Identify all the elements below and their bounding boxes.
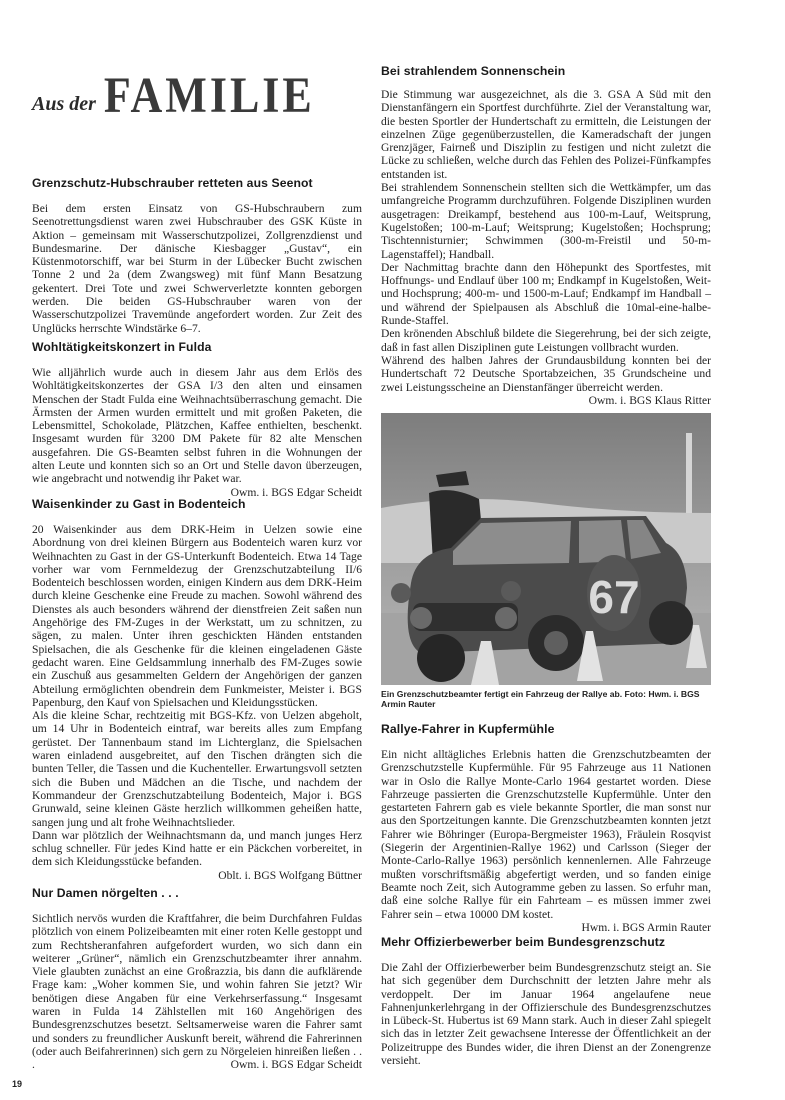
article-nur-damen: Nur Damen nörgelten . . . Sichtlich nerv…: [32, 886, 362, 1072]
article-title: Wohltätigkeitskonzert in Fulda: [32, 340, 362, 354]
masthead-prefix: Aus der: [32, 93, 96, 116]
article-title: Mehr Offizierbewerber beim Bundesgrenzsc…: [381, 935, 711, 949]
article-paragraph: Der Nachmittag brachte dann den Höhepunk…: [381, 261, 711, 327]
article-paragraph: Bei strahlendem Sonnenschein stellten si…: [381, 181, 711, 261]
article-signature: Owm. i. BGS Klaus Ritter: [381, 394, 711, 407]
article-title: Grenzschutz-Hubschrauber retteten aus Se…: [32, 176, 362, 190]
article-paragraph: Den krönenden Abschluß bildete die Siege…: [381, 327, 711, 354]
article-title: Nur Damen nörgelten . . .: [32, 886, 362, 900]
article-signature: Oblt. i. BGS Wolfgang Büttner: [32, 869, 362, 882]
section-masthead: Aus der FAMILIE: [32, 70, 315, 120]
article-wohltaetigkeitskonzert: Wohltätigkeitskonzert in Fulda Wie alljä…: [32, 340, 362, 499]
article-waisenkinder: Waisenkinder zu Gast in Bodenteich 20 Wa…: [32, 497, 362, 882]
photo-caption: Ein Grenzschutzbeamter fertigt ein Fahrz…: [381, 689, 713, 709]
page-number: 19: [12, 1079, 22, 1089]
article-paragraph: Bei dem ersten Einsatz von GS-Hubschraub…: [32, 202, 362, 335]
article-signature: Owm. i. BGS Edgar Scheidt: [32, 1058, 362, 1071]
article-paragraph: Als die kleine Schar, rechtzeitig mit BG…: [32, 709, 362, 829]
article-paragraph: Ein nicht alltägliches Erlebnis hatten d…: [381, 748, 711, 921]
article-sonnenschein: Bei strahlendem Sonnenschein Die Stimmun…: [381, 64, 711, 407]
masthead-title: FAMILIE: [104, 66, 315, 125]
article-signature: Hwm. i. BGS Armin Rauter: [381, 921, 711, 934]
article-hubschrauber: Grenzschutz-Hubschrauber retteten aus Se…: [32, 176, 362, 335]
article-offizierbewerber: Mehr Offizierbewerber beim Bundesgrenzsc…: [381, 935, 711, 1067]
article-paragraph: 20 Waisenkinder aus dem DRK-Heim in Uelz…: [32, 523, 362, 709]
article-title: Bei strahlendem Sonnenschein: [381, 64, 711, 78]
article-title: Waisenkinder zu Gast in Bodenteich: [32, 497, 362, 511]
article-paragraph: Dann war plötzlich der Weihnachtsmann da…: [32, 829, 362, 869]
article-rallye-fahrer: Rallye-Fahrer in Kupfermühle Ein nicht a…: [381, 722, 711, 934]
article-title: Rallye-Fahrer in Kupfermühle: [381, 722, 711, 736]
article-paragraph: Während des halben Jahres der Grundausbi…: [381, 354, 711, 394]
rally-car-photo: 67: [381, 413, 711, 685]
article-paragraph: Die Stimmung war ausgezeichnet, als die …: [381, 88, 711, 181]
article-paragraph: Die Zahl der Offizierbewerber beim Bunde…: [381, 961, 711, 1067]
article-paragraph: Wie alljährlich wurde auch in diesem Jah…: [32, 366, 362, 486]
car-number: 67: [588, 571, 639, 623]
article-paragraph: Sichtlich nervös wurden die Kraftfahrer,…: [32, 912, 362, 1072]
rally-car-image: 67: [381, 413, 711, 685]
